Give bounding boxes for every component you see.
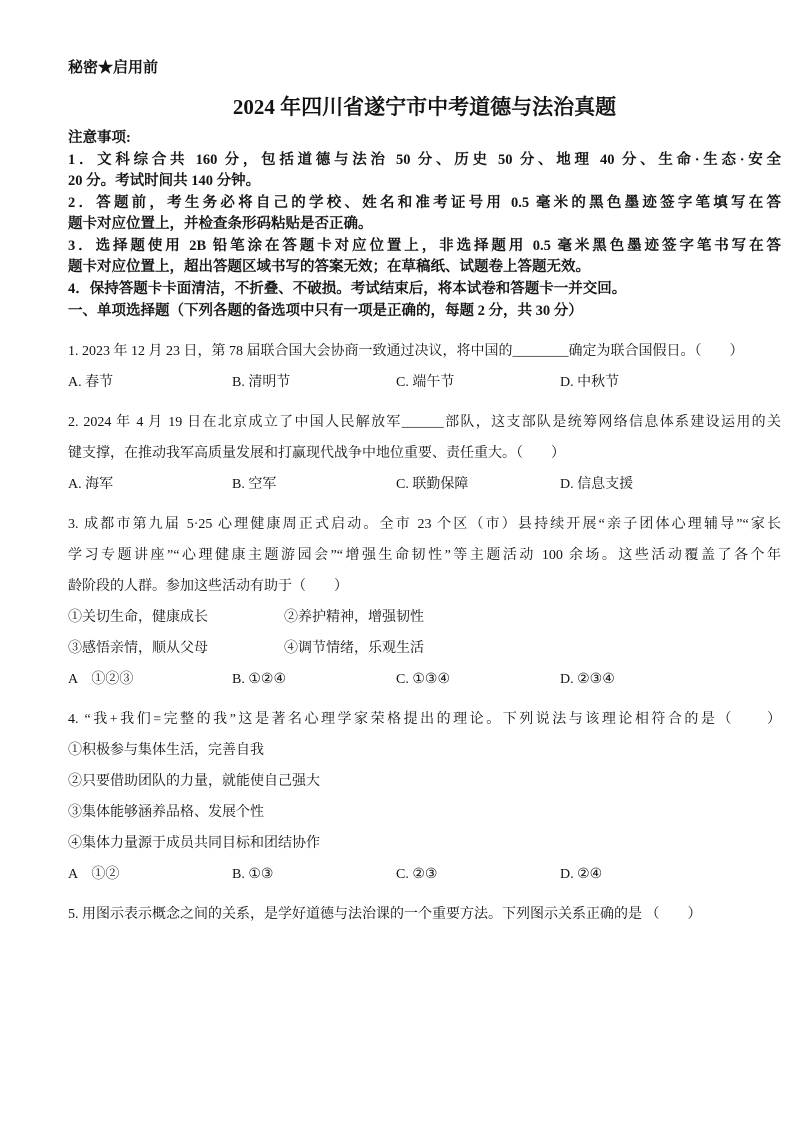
option-cell-a: A ①②③: [68, 664, 232, 695]
notice-item-2-line-2: 题卡对应位置上，并检查条形码粘贴是否正确。: [68, 214, 781, 236]
option-cell-d: D. 中秋节: [560, 367, 781, 398]
question-3-sub-options: ①关切生命，健康成长 ②养护精神，增强韧性 ③感悟亲情，顺从父母 ④调节情绪，乐…: [68, 602, 781, 664]
option-cell-c: C. ①③④: [396, 664, 560, 695]
notice-item-2-line-1: 2．答题前，考生务必将自己的学校、姓名和准考证号用 0.5 毫米的黑色墨迹签字笔…: [68, 193, 781, 215]
question-4-stem-line: 4. “我+我们=完整的我”这是著名心理学家荣格提出的理论。下列说法与该理论相符…: [68, 704, 781, 735]
question-2: 2. 2024 年 4 月 19 日在北京成立了中国人民解放军______部队，…: [68, 407, 781, 500]
notice-heading: 注意事项:: [68, 128, 781, 150]
option-cell-b: B. ①③: [232, 859, 396, 890]
notice-item-1-line-2: 20 分。考试时间共 140 分钟。: [68, 171, 781, 193]
option-cell-a: A ①②: [68, 859, 232, 890]
option-cell-d: D. ②③④: [560, 664, 781, 695]
option-cell-c: C. 端午节: [396, 367, 560, 398]
option-cell-b: B. ①②④: [232, 664, 396, 695]
notice-item-1-line-1: 1．文科综合共 160 分，包括道德与法治 50 分、历史 50 分、地理 40…: [68, 150, 781, 172]
option-cell-a: A. 春节: [68, 367, 232, 398]
question-5-stem-line: 5. 用图示表示概念之间的关系，是学好道德与法治课的一个重要方法。下列图示关系正…: [68, 899, 781, 930]
question-4: 4. “我+我们=完整的我”这是著名心理学家荣格提出的理论。下列说法与该理论相符…: [68, 704, 781, 890]
notice-item-3-line-2: 题卡对应位置上，超出答题区域书写的答案无效；在草稿纸、试题卷上答题无效。: [68, 257, 781, 279]
notice-section: 注意事项: 1．文科综合共 160 分，包括道德与法治 50 分、历史 50 分…: [68, 128, 781, 300]
question-4-sub-options: ①积极参与集体生活，完善自我 ②只要借助团队的力量，就能使自己强大 ③集体能够涵…: [68, 735, 781, 859]
questions-area: 1. 2023 年 12 月 23 日，第 78 届联合国大会协商一致通过决议，…: [68, 336, 781, 930]
question-4-options-row: A ①② B. ①③ C. ②③ D. ②④: [68, 859, 781, 890]
sub-option-3: ③集体能够涵养品格、发展个性: [68, 797, 781, 828]
section-heading: 一、单项选择题（下列各题的备选项中只有一项是正确的，每题 2 分，共 30 分）: [68, 300, 781, 323]
question-2-stem-line: 键支撑，在推动我军高质量发展和打赢现代战争中地位重要、责任重大。（ ）: [68, 438, 781, 469]
question-3-stem-line: 龄阶段的人群。参加这些活动有助于（ ）: [68, 571, 781, 602]
sub-option-2: ②只要借助团队的力量，就能使自己强大: [68, 766, 781, 797]
sub-option-2: ②养护精神，增强韧性: [284, 602, 781, 633]
question-1-options-row: A. 春节 B. 清明节 C. 端午节 D. 中秋节: [68, 367, 781, 398]
sub-option-1: ①积极参与集体生活，完善自我: [68, 735, 781, 766]
option-cell-a: A. 海军: [68, 469, 232, 500]
sub-option-4: ④调节情绪，乐观生活: [284, 633, 781, 664]
question-3-options-row: A ①②③ B. ①②④ C. ①③④ D. ②③④: [68, 664, 781, 695]
question-2-options-row: A. 海军 B. 空军 C. 联勤保障 D. 信息支援: [68, 469, 781, 500]
sub-option-4: ④集体力量源于成员共同目标和团结协作: [68, 828, 781, 859]
question-3: 3. 成都市第九届 5·25 心理健康周正式启动。全市 23 个区（市）县持续开…: [68, 509, 781, 695]
question-3-stem-line: 3. 成都市第九届 5·25 心理健康周正式启动。全市 23 个区（市）县持续开…: [68, 509, 781, 540]
option-cell-b: B. 清明节: [232, 367, 396, 398]
notice-item-4-line-1: 4．保持答题卡卡面清洁，不折叠、不破损。考试结束后，将本试卷和答题卡一并交回。: [68, 279, 781, 301]
option-cell-d: D. 信息支援: [560, 469, 781, 500]
question-1: 1. 2023 年 12 月 23 日，第 78 届联合国大会协商一致通过决议，…: [68, 336, 781, 398]
sub-option-1: ①关切生命，健康成长: [68, 602, 284, 633]
page-content: 秘密★启用前 2024 年四川省遂宁市中考道德与法治真题 注意事项: 1．文科综…: [68, 58, 781, 939]
question-5: 5. 用图示表示概念之间的关系，是学好道德与法治课的一个重要方法。下列图示关系正…: [68, 899, 781, 930]
secrecy-label: 秘密★启用前: [68, 58, 781, 78]
option-cell-c: C. 联勤保障: [396, 469, 560, 500]
sub-option-3: ③感悟亲情，顺从父母: [68, 633, 284, 664]
question-1-stem-line: 1. 2023 年 12 月 23 日，第 78 届联合国大会协商一致通过决议，…: [68, 336, 781, 367]
option-cell-c: C. ②③: [396, 859, 560, 890]
notice-item-3-line-1: 3．选择题使用 2B 铅笔涂在答题卡对应位置上，非选择题用 0.5 毫米黑色墨迹…: [68, 236, 781, 258]
exam-title: 2024 年四川省遂宁市中考道德与法治真题: [68, 92, 781, 122]
exam-paper-page: 秘密★启用前 2024 年四川省遂宁市中考道德与法治真题 注意事项: 1．文科综…: [0, 0, 793, 1122]
question-3-stem-line: 学习专题讲座”“心理健康主题游园会”“增强生命韧性”等主题活动 100 余场。这…: [68, 540, 781, 571]
question-2-stem-line: 2. 2024 年 4 月 19 日在北京成立了中国人民解放军______部队，…: [68, 407, 781, 438]
option-cell-b: B. 空军: [232, 469, 396, 500]
option-cell-d: D. ②④: [560, 859, 781, 890]
